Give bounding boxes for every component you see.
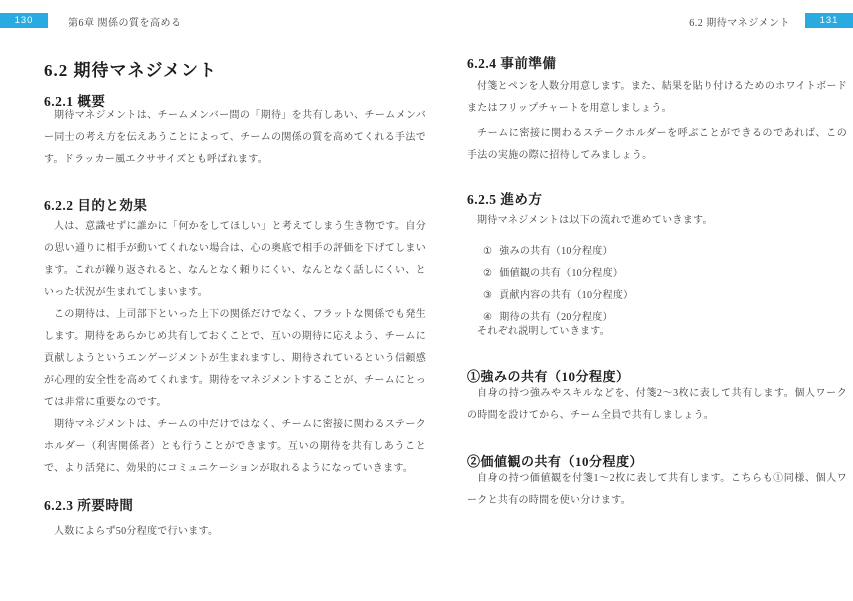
purpose-paragraphs: 人は、意識せずに誰かに「何かをしてほしい」と考えてしまう生き物です。自分の思い通… xyxy=(44,216,426,480)
paragraph-preparation-1: 付箋とペンを人数分用意します。また、結果を貼り付けるためのホワイトボードまたはフ… xyxy=(467,76,847,120)
step-label: 強みの共有（10分程度） xyxy=(499,246,613,257)
paragraph-step-1: 自身の持つ強みやスキルなどを、付箋2～3枚に表して共有します。個人ワークの時間を… xyxy=(467,383,847,427)
running-header-left: 第6章 関係の質を高める xyxy=(68,14,182,29)
book-spread: 130 第6章 関係の質を高める 6.2 期待マネジメント 131 6.2 期待… xyxy=(0,0,853,601)
paragraph-step-2: 自身の持つ価値観を付箋1～2枚に表して共有します。こちらも①同様、個人ワークと共… xyxy=(467,468,847,512)
heading-6-2-4: 6.2.4 事前準備 xyxy=(467,55,847,73)
list-item: ②価値観の共有（10分程度） xyxy=(483,263,853,285)
step-marker: ① xyxy=(483,246,492,257)
list-item: ①強みの共有（10分程度） xyxy=(483,241,853,263)
step-marker: ② xyxy=(483,268,492,279)
step-marker: ③ xyxy=(483,290,492,301)
page-number-badge-right: 131 xyxy=(805,13,853,28)
heading-6-2-3: 6.2.3 所要時間 xyxy=(44,497,426,515)
step-label: 貢献内容の共有（10分程度） xyxy=(499,290,633,301)
paragraph-duration: 人数によらず50分程度で行います。 xyxy=(44,521,426,543)
paragraph-overview: 期待マネジメントは、チームメンバー間の「期待」を共有しあい、チームメンバー同士の… xyxy=(44,105,426,171)
paragraph-purpose-1: 人は、意識せずに誰かに「何かをしてほしい」と考えてしまう生き物です。自分の思い通… xyxy=(44,216,426,304)
list-item: ③貢献内容の共有（10分程度） xyxy=(483,285,853,307)
step-label: 価値観の共有（10分程度） xyxy=(499,268,623,279)
heading-6-2-2: 6.2.2 目的と効果 xyxy=(44,197,426,215)
paragraph-procedure-intro: 期待マネジメントは以下の流れで進めていきます。 xyxy=(467,210,847,232)
paragraph-procedure-closing: それぞれ説明していきます。 xyxy=(467,321,847,343)
section-title: 6.2 期待マネジメント xyxy=(44,60,426,82)
paragraph-preparation-2: チームに密接に関わるステークホルダーを呼ぶことができるのであれば、この手法の実施… xyxy=(467,123,847,167)
paragraph-purpose-2: この期待は、上司部下といった上下の関係だけでなく、フラットな関係でも発生します。… xyxy=(44,304,426,414)
procedure-step-list: ①強みの共有（10分程度） ②価値観の共有（10分程度） ③貢献内容の共有（10… xyxy=(467,241,853,329)
heading-6-2-5: 6.2.5 進め方 xyxy=(467,191,847,209)
paragraph-purpose-3: 期待マネジメントは、チームの中だけではなく、チームに密接に関わるステークホルダー… xyxy=(44,414,426,480)
running-header-right: 6.2 期待マネジメント xyxy=(689,14,790,29)
page-number-badge-left: 130 xyxy=(0,13,48,28)
